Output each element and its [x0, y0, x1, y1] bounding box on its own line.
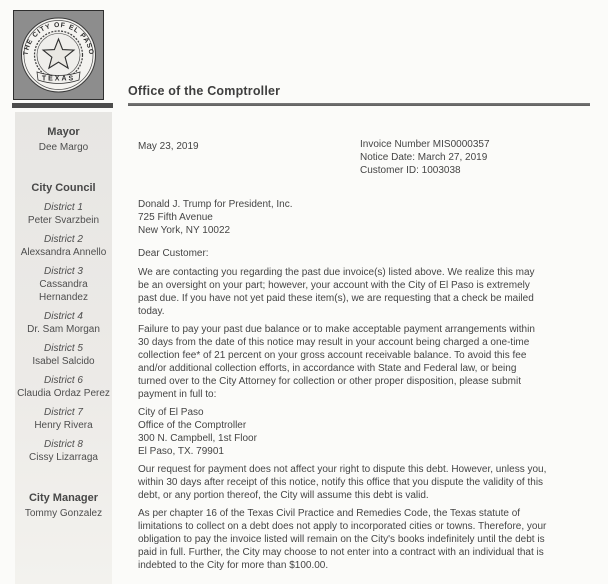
- district-label: District 5: [15, 342, 112, 355]
- district-member-name: Peter Svarzbein: [15, 214, 112, 227]
- seal-banner-text: TEXAS: [42, 76, 75, 83]
- invoice-meta-block: Invoice Number MIS0000357 Notice Date: M…: [360, 138, 490, 177]
- district-label: District 1: [15, 201, 112, 214]
- district-label: District 4: [15, 310, 112, 323]
- scanned-letter-page: { "seal": { "ring_text": "THE CITY OF EL…: [0, 0, 608, 584]
- logo-underline-bar: [12, 103, 113, 108]
- city-council-heading: City Council: [15, 182, 112, 195]
- mayor-name: Dee Margo: [15, 141, 112, 154]
- district-member-name: Alexsandra Annello: [15, 246, 112, 259]
- header-divider: [128, 103, 590, 106]
- district-entry: District 3 Cassandra Hernandez: [15, 265, 112, 304]
- district-label: District 2: [15, 233, 112, 246]
- page-title: Office of the Comptroller: [128, 84, 280, 98]
- city-manager-name: Tommy Gonzalez: [15, 507, 112, 520]
- district-entry: District 1 Peter Svarzbein: [15, 201, 112, 227]
- mayor-heading: Mayor: [15, 126, 112, 139]
- district-entry: District 7 Henry Rivera: [15, 406, 112, 432]
- district-member-name: Cassandra Hernandez: [15, 278, 112, 304]
- district-label: District 8: [15, 438, 112, 451]
- letter-body: May 23, 2019 Invoice Number MIS0000357 N…: [138, 140, 606, 572]
- el-paso-city-seal: THE CITY OF EL PASO TEXAS: [13, 10, 104, 105]
- district-label: District 6: [15, 374, 112, 387]
- district-member-name: Dr. Sam Morgan: [15, 323, 112, 336]
- letter-meta-row: May 23, 2019 Invoice Number MIS0000357 N…: [138, 140, 606, 198]
- district-member-name: Cissy Lizarraga: [15, 451, 112, 464]
- salutation: Dear Customer:: [138, 247, 606, 260]
- paragraph-collection-fee: Failure to pay your past due balance or …: [138, 323, 606, 401]
- district-label: District 3: [15, 265, 112, 278]
- district-member-name: Isabel Salcido: [15, 355, 112, 368]
- district-member-name: Claudia Ordaz Perez: [15, 387, 112, 400]
- district-entry: District 2 Alexsandra Annello: [15, 233, 112, 259]
- recipient-address: Donald J. Trump for President, Inc. 725 …: [138, 198, 606, 237]
- letter-date: May 23, 2019: [138, 140, 199, 153]
- city-manager-heading: City Manager: [15, 492, 112, 505]
- district-entry: District 8 Cissy Lizarraga: [15, 438, 112, 464]
- paragraph-dispute-rights: Our request for payment does not affect …: [138, 463, 606, 502]
- el-paso-seal-icon: THE CITY OF EL PASO TEXAS: [13, 10, 104, 100]
- paragraph-statute: As per chapter 16 of the Texas Civil Pra…: [138, 507, 606, 572]
- officials-sidebar: Mayor Dee Margo City Council District 1 …: [15, 112, 112, 584]
- payment-address: City of El Paso Office of the Comptrolle…: [138, 406, 606, 458]
- paragraph-past-due-notice: We are contacting you regarding the past…: [138, 266, 606, 318]
- district-label: District 7: [15, 406, 112, 419]
- district-entry: District 5 Isabel Salcido: [15, 342, 112, 368]
- district-member-name: Henry Rivera: [15, 419, 112, 432]
- district-entry: District 6 Claudia Ordaz Perez: [15, 374, 112, 400]
- district-entry: District 4 Dr. Sam Morgan: [15, 310, 112, 336]
